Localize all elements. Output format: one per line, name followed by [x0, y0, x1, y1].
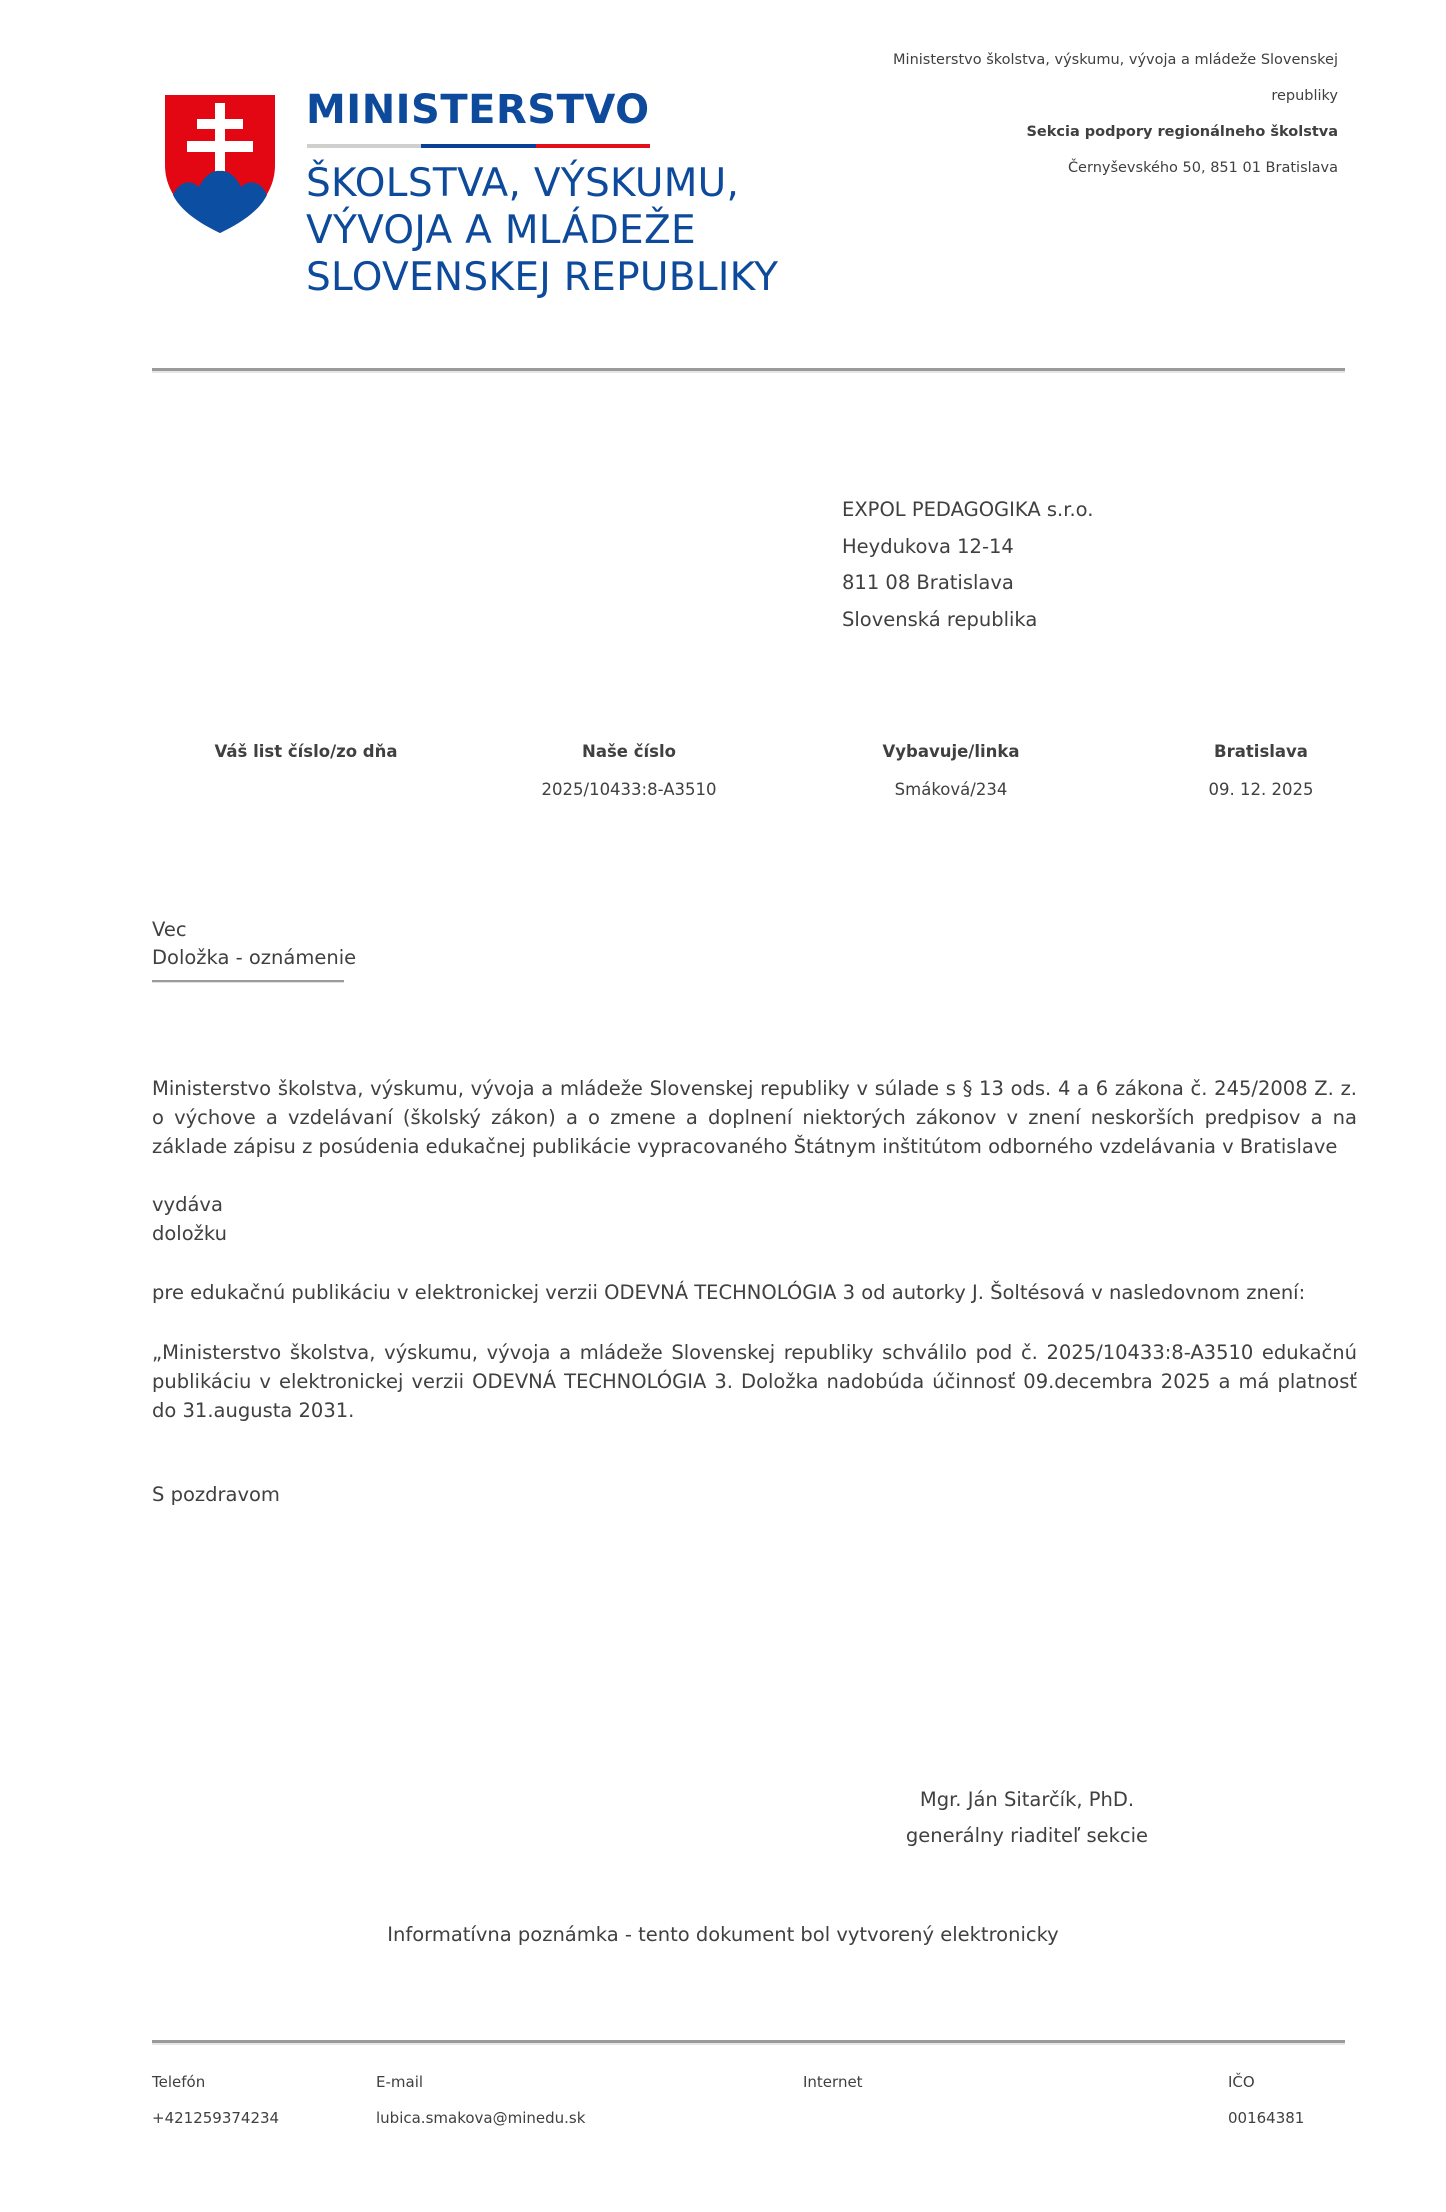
recipient-street: Heydukova 12-14	[842, 529, 1093, 566]
ref-header: Bratislava	[1131, 740, 1391, 764]
sender-name-line1: Ministerstvo školstva, výskumu, vývoja a…	[893, 42, 1338, 78]
subject-label: Vec	[152, 916, 356, 944]
ref-handled-by: Vybavuje/linka Smáková/234	[821, 740, 1081, 802]
footer-ico-label: IČO	[1228, 2070, 1304, 2094]
ref-place-date: Bratislava 09. 12. 2025	[1131, 740, 1391, 802]
recipient-company: EXPOL PEDAGOGIKA s.r.o.	[842, 492, 1093, 529]
footer-email-value[interactable]: lubica.smakova@minedu.sk	[376, 2106, 585, 2130]
ref-value: Smáková/234	[821, 778, 1081, 802]
subject-text: Doložka - oznámenie	[152, 944, 356, 972]
footer-email-label: E-mail	[376, 2070, 585, 2094]
signatory-name: Mgr. Ján Sitarčík, PhD.	[867, 1782, 1187, 1818]
electronic-document-note: Informatívna poznámka - tento dokument b…	[0, 1920, 1446, 1950]
recipient-country: Slovenská republika	[842, 602, 1093, 639]
sender-name-line2: republiky	[893, 78, 1338, 114]
sender-section: Sekcia podpory regionálneho školstva	[893, 114, 1338, 150]
subject-block: Vec Doložka - oznámenie	[152, 916, 356, 972]
ref-our-number: Naše číslo 2025/10433:8-A3510	[499, 740, 759, 802]
tricolor-gray	[307, 144, 421, 148]
ref-your-letter: Váš list číslo/zo dňa	[176, 740, 436, 802]
logo-line: SLOVENSKEJ REPUBLIKY	[306, 254, 778, 301]
header-divider	[152, 368, 1345, 373]
subject-underline	[152, 980, 344, 983]
ref-header: Váš list číslo/zo dňa	[176, 740, 436, 764]
body-quote: „Ministerstvo školstva, výskumu, vývoja …	[152, 1338, 1357, 1425]
body-closing: S pozdravom	[152, 1480, 1357, 1509]
tricolor-red	[536, 144, 650, 148]
sender-address: Černyševského 50, 851 01 Bratislava	[893, 150, 1338, 186]
ref-value: 2025/10433:8-A3510	[499, 778, 759, 802]
footer-divider	[152, 2040, 1345, 2045]
recipient-city: 811 08 Bratislava	[842, 565, 1093, 602]
recipient-address: EXPOL PEDAGOGIKA s.r.o. Heydukova 12-14 …	[842, 492, 1093, 638]
footer-internet-label: Internet	[803, 2070, 863, 2094]
ref-value	[176, 778, 436, 802]
ref-header: Vybavuje/linka	[821, 740, 1081, 764]
coat-of-arms-icon	[165, 95, 275, 233]
sender-block: Ministerstvo školstva, výskumu, vývoja a…	[893, 42, 1338, 186]
body-for-publication: pre edukačnú publikáciu v elektronickej …	[152, 1278, 1357, 1307]
logo-subtitle: ŠKOLSTVA, VÝSKUMU, VÝVOJA A MLÁDEŽE SLOV…	[306, 160, 778, 301]
body-clause: doložku	[152, 1219, 1357, 1248]
body-issues: vydáva	[152, 1190, 1357, 1219]
footer-phone-label: Telefón	[152, 2070, 279, 2094]
footer-ico-value: 00164381	[1228, 2106, 1304, 2130]
footer-internet-value	[803, 2106, 863, 2130]
signatory-title: generálny riaditeľ sekcie	[867, 1818, 1187, 1854]
footer-phone: Telefón +421259374234	[152, 2070, 279, 2130]
footer-ico: IČO 00164381	[1228, 2070, 1304, 2130]
logo-tricolor-line	[307, 144, 650, 148]
tricolor-blue	[421, 144, 535, 148]
ref-header: Naše číslo	[499, 740, 759, 764]
footer-email: E-mail lubica.smakova@minedu.sk	[376, 2070, 585, 2130]
logo-line: ŠKOLSTVA, VÝSKUMU,	[306, 160, 778, 207]
footer-internet: Internet	[803, 2070, 863, 2130]
ref-value: 09. 12. 2025	[1131, 778, 1391, 802]
logo-title: MINISTERSTVO	[306, 88, 650, 132]
body-intro: Ministerstvo školstva, výskumu, vývoja a…	[152, 1074, 1357, 1161]
logo-line: VÝVOJA A MLÁDEŽE	[306, 207, 778, 254]
footer-phone-value: +421259374234	[152, 2106, 279, 2130]
signature-block: Mgr. Ján Sitarčík, PhD. generálny riadit…	[867, 1782, 1187, 1854]
